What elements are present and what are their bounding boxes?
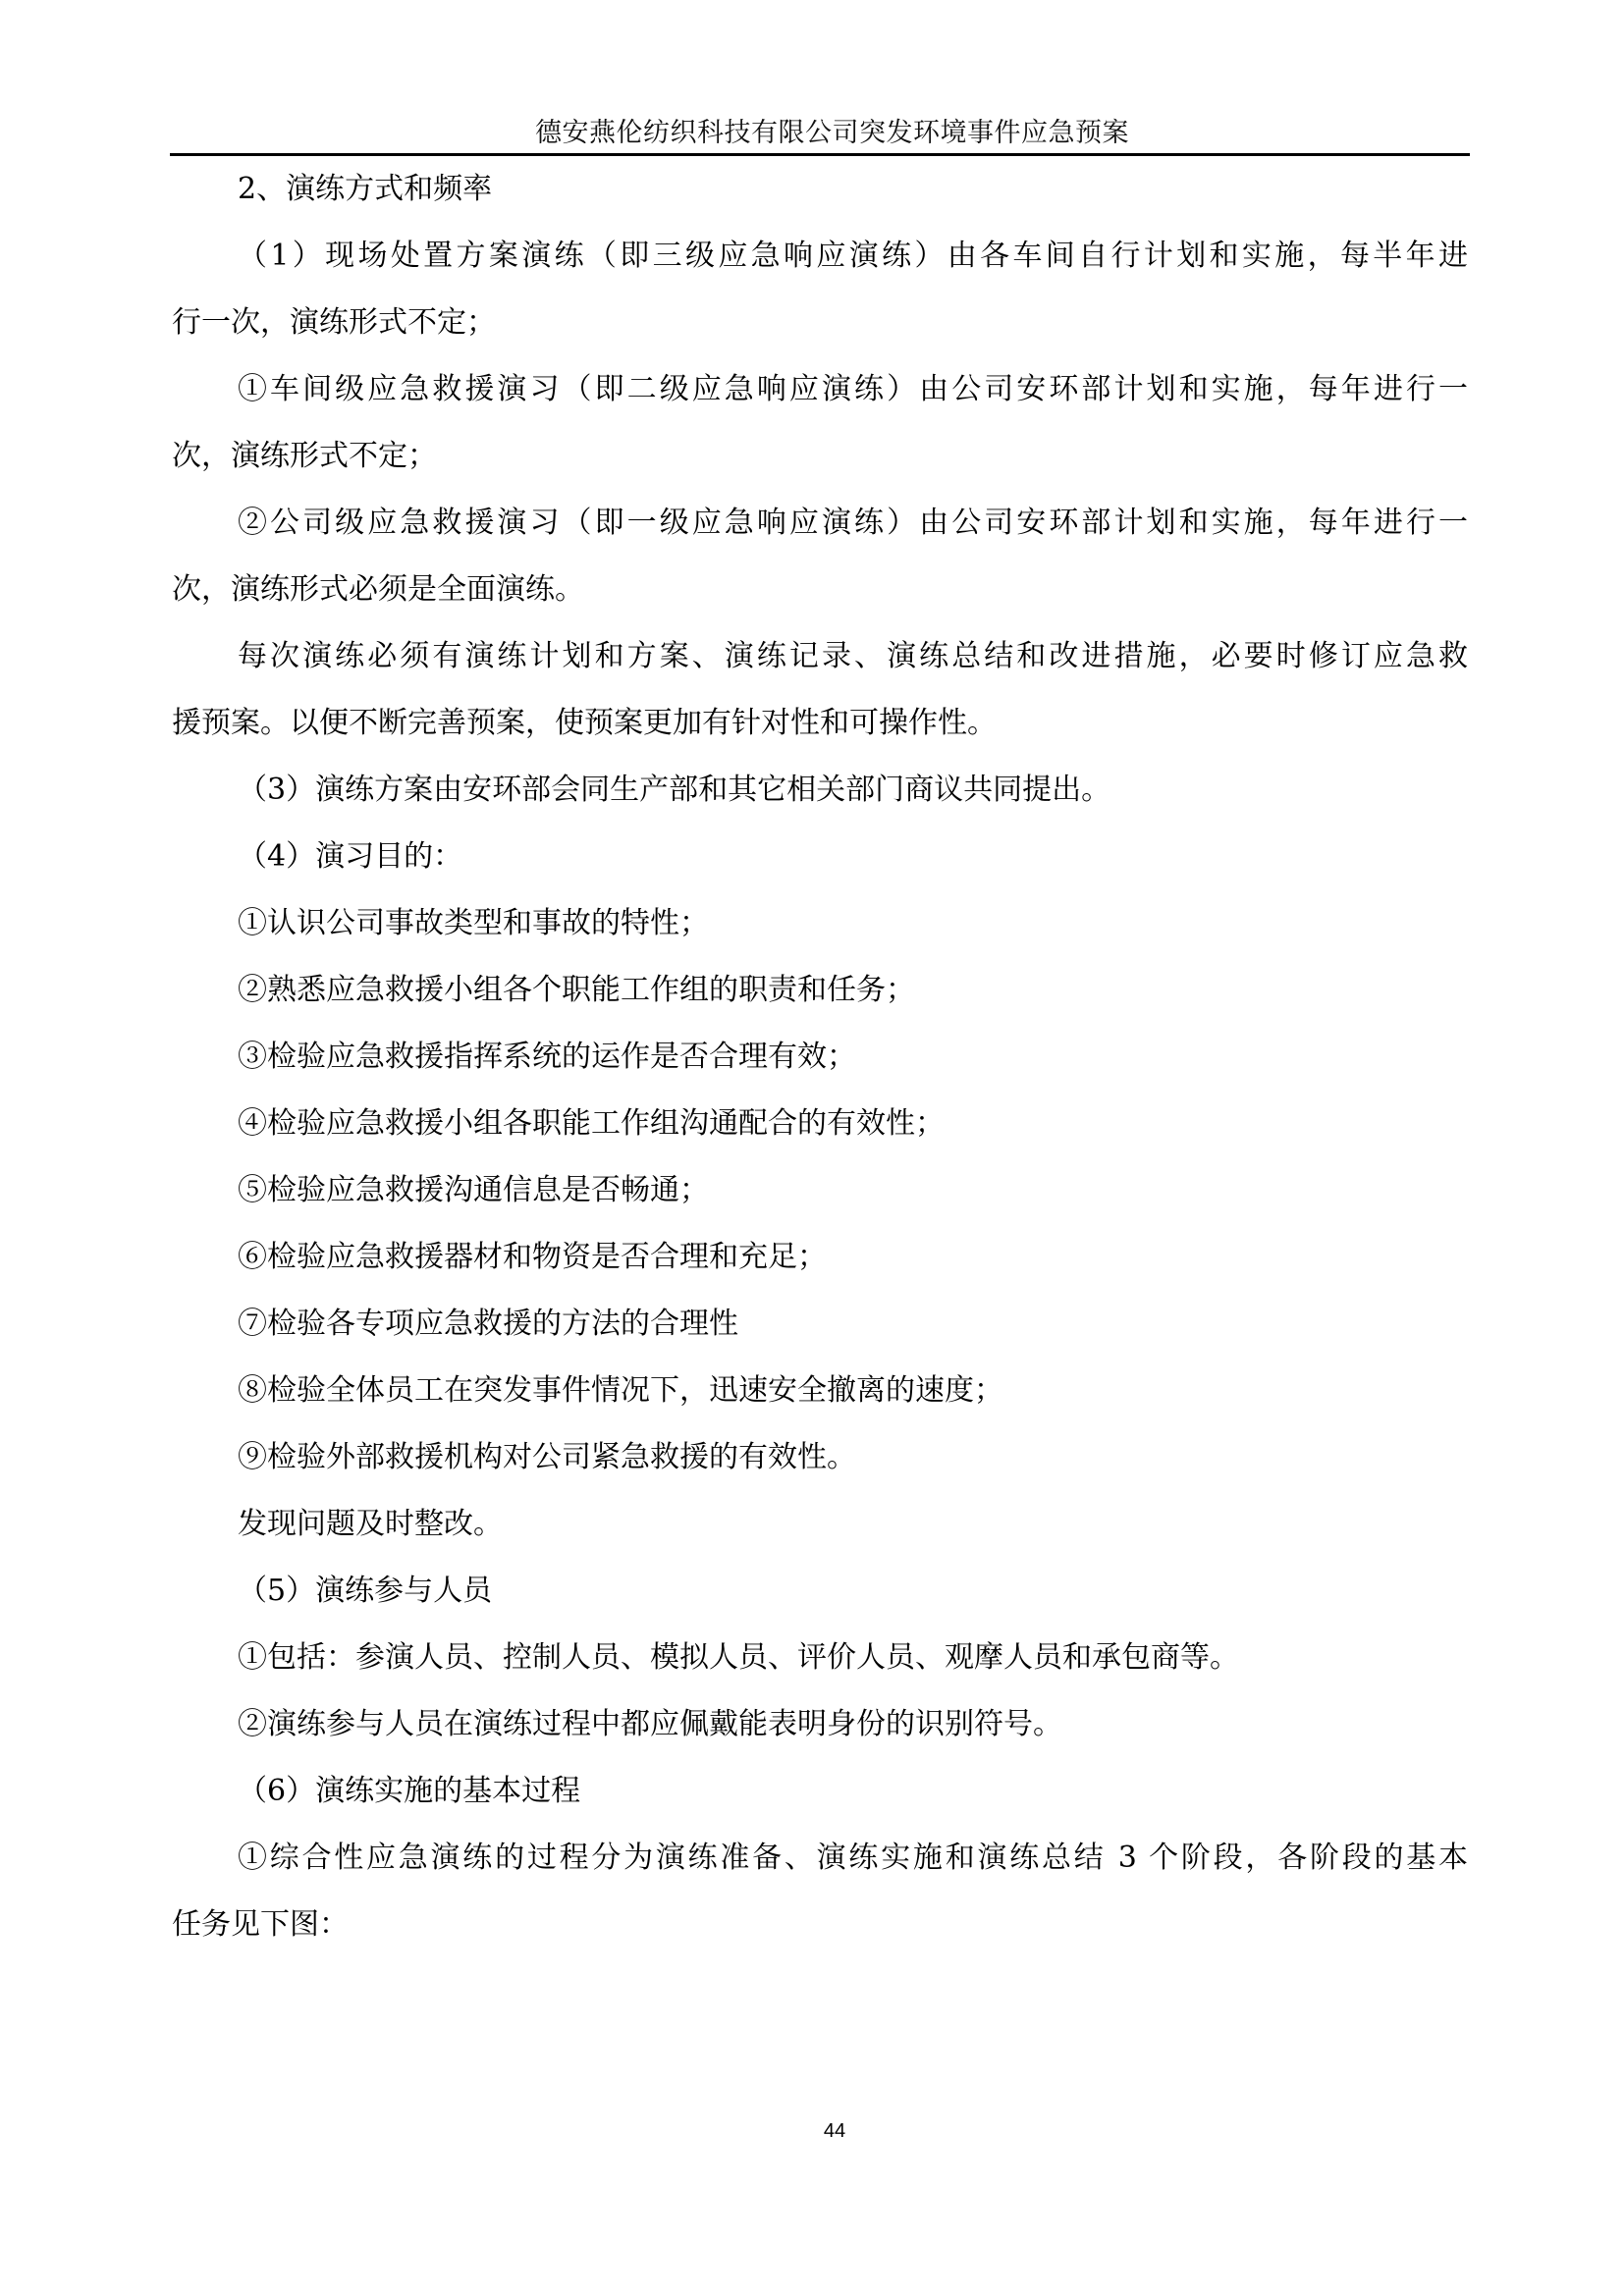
list-item: ②演练参与人员在演练过程中都应佩戴能表明身份的识别符号。 bbox=[172, 1691, 1468, 1758]
line-text: 每次演练必须有演练计划和方案、演练记录、演练总结和改进措施，必要时修订应急救 bbox=[238, 623, 1468, 690]
list-item: ④检验应急救援小组各职能工作组沟通配合的有效性； bbox=[172, 1091, 1468, 1157]
running-header-title: 德安燕伦纺织科技有限公司突发环境事件应急预案 bbox=[535, 116, 1164, 151]
line-text: ⑧检验全体员工在突发事件情况下，迅速安全撤离的速度； bbox=[238, 1373, 1003, 1408]
line-text: ⑥检验应急救援器材和物资是否合理和充足； bbox=[238, 1240, 827, 1274]
line-text: （6）演练实施的基本过程 bbox=[238, 1774, 580, 1808]
list-item: ①综合性应急演练的过程分为演练准备、演练实施和演练总结 3 个阶段，各阶段的基本 bbox=[172, 1825, 1468, 1892]
paragraph-line: 任务见下图： bbox=[172, 1892, 1468, 1958]
line-text: 发现问题及时整改。 bbox=[238, 1507, 503, 1541]
line-text: ②公司级应急救援演习（即一级应急响应演练）由公司安环部计划和实施，每年进行一 bbox=[238, 490, 1468, 557]
paragraph-line: ①车间级应急救援演习（即二级应急响应演练）由公司安环部计划和实施，每年进行一 bbox=[172, 356, 1468, 423]
line-text: 次，演练形式不定； bbox=[172, 439, 437, 473]
subsection-heading: （4）演习目的： bbox=[172, 824, 1468, 890]
paragraph-line: 每次演练必须有演练计划和方案、演练记录、演练总结和改进措施，必要时修订应急救 bbox=[172, 623, 1468, 690]
list-item: ⑧检验全体员工在突发事件情况下，迅速安全撤离的速度； bbox=[172, 1358, 1468, 1424]
line-text: 2、演练方式和频率 bbox=[238, 172, 492, 206]
line-text: ③检验应急救援指挥系统的运作是否合理有效； bbox=[238, 1040, 856, 1074]
paragraph-line: 援预案。以便不断完善预案，使预案更加有针对性和可操作性。 bbox=[172, 690, 1468, 757]
document-body: 2、演练方式和频率 （1）现场处置方案演练（即三级应急响应演练）由各车间自行计划… bbox=[172, 156, 1468, 1958]
paragraph-line: ②公司级应急救援演习（即一级应急响应演练）由公司安环部计划和实施，每年进行一 bbox=[172, 490, 1468, 557]
page-number: 44 bbox=[785, 2116, 884, 2146]
line-text: ②熟悉应急救援小组各个职能工作组的职责和任务； bbox=[238, 973, 915, 1007]
list-item: ⑥检验应急救援器材和物资是否合理和充足； bbox=[172, 1224, 1468, 1291]
line-text: （4）演习目的： bbox=[238, 839, 462, 874]
line-text: ⑨检验外部救援机构对公司紧急救援的有效性。 bbox=[238, 1440, 856, 1474]
list-item: ⑨检验外部救援机构对公司紧急救援的有效性。 bbox=[172, 1424, 1468, 1491]
line-text: （3）演练方案由安环部会同生产部和其它相关部门商议共同提出。 bbox=[238, 773, 1110, 807]
section-heading: 2、演练方式和频率 bbox=[172, 156, 1468, 223]
document-page: 德安燕伦纺织科技有限公司突发环境事件应急预案 2、演练方式和频率 （1）现场处置… bbox=[0, 0, 1624, 2296]
list-item: ①包括：参演人员、控制人员、模拟人员、评价人员、观摩人员和承包商等。 bbox=[172, 1625, 1468, 1691]
line-text: 援预案。以便不断完善预案，使预案更加有针对性和可操作性。 bbox=[172, 706, 997, 740]
line-text: ①认识公司事故类型和事故的特性； bbox=[238, 906, 709, 940]
subsection-heading: （6）演练实施的基本过程 bbox=[172, 1758, 1468, 1825]
paragraph-line: 次，演练形式必须是全面演练。 bbox=[172, 557, 1468, 623]
paragraph-line: （1）现场处置方案演练（即三级应急响应演练）由各车间自行计划和实施，每半年进 bbox=[172, 223, 1468, 290]
list-item: ②熟悉应急救援小组各个职能工作组的职责和任务； bbox=[172, 957, 1468, 1024]
line-text: ⑦检验各专项应急救援的方法的合理性 bbox=[238, 1307, 738, 1341]
list-item: ⑦检验各专项应急救援的方法的合理性 bbox=[172, 1291, 1468, 1358]
line-text: ①包括：参演人员、控制人员、模拟人员、评价人员、观摩人员和承包商等。 bbox=[238, 1640, 1239, 1675]
list-item: ①认识公司事故类型和事故的特性； bbox=[172, 890, 1468, 957]
paragraph-line: 行一次，演练形式不定； bbox=[172, 290, 1468, 356]
subsection-heading: （3）演练方案由安环部会同生产部和其它相关部门商议共同提出。 bbox=[172, 757, 1468, 824]
list-item: ⑤检验应急救援沟通信息是否畅通； bbox=[172, 1157, 1468, 1224]
line-text: ⑤检验应急救援沟通信息是否畅通； bbox=[238, 1173, 709, 1207]
line-text: 行一次，演练形式不定； bbox=[172, 305, 496, 340]
list-item: ③检验应急救援指挥系统的运作是否合理有效； bbox=[172, 1024, 1468, 1091]
paragraph-line: 次，演练形式不定； bbox=[172, 423, 1468, 490]
line-text: ①综合性应急演练的过程分为演练准备、演练实施和演练总结 3 个阶段，各阶段的基本 bbox=[238, 1825, 1468, 1892]
line-text: 任务见下图： bbox=[172, 1907, 349, 1942]
line-text: ②演练参与人员在演练过程中都应佩戴能表明身份的识别符号。 bbox=[238, 1707, 1062, 1741]
line-text: ①车间级应急救援演习（即二级应急响应演练）由公司安环部计划和实施，每年进行一 bbox=[238, 356, 1468, 423]
line-text: 次，演练形式必须是全面演练。 bbox=[172, 572, 584, 607]
line-text: （5）演练参与人员 bbox=[238, 1574, 492, 1608]
subsection-heading: （5）演练参与人员 bbox=[172, 1558, 1468, 1625]
paragraph-line: 发现问题及时整改。 bbox=[172, 1491, 1468, 1558]
line-text: （1）现场处置方案演练（即三级应急响应演练）由各车间自行计划和实施，每半年进 bbox=[238, 223, 1468, 290]
line-text: ④检验应急救援小组各职能工作组沟通配合的有效性； bbox=[238, 1106, 945, 1141]
